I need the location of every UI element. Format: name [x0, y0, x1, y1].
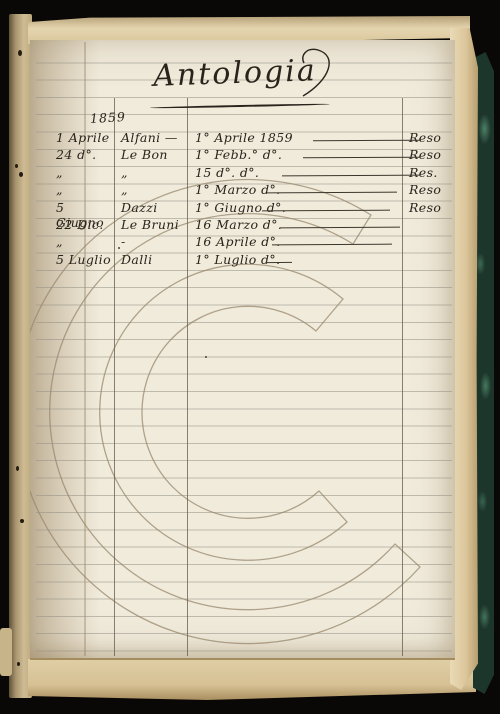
- row-loan-date: 22 Dic.: [56, 217, 112, 232]
- row-dash-line: [282, 174, 420, 176]
- ledger-row: 5 LuglioDalli1° Luglio d°.: [0, 252, 500, 269]
- ledger-row: 24 d°.Le Bon1° Febb.° d°.Reso: [0, 147, 500, 164]
- row-loan-date: 24 d°.: [56, 147, 112, 162]
- row-loan-date: „: [56, 182, 112, 197]
- row-note: Reso: [409, 200, 455, 215]
- row-borrower: Le Bruni: [121, 217, 185, 232]
- ledger-row: „-16 Aprile d°.: [0, 234, 500, 251]
- row-note: Reso: [409, 182, 455, 197]
- ledger-row: „„1° Marzo d°.Reso: [0, 182, 500, 199]
- binding-speck: [18, 50, 22, 56]
- row-loan-date: 5 Luglio: [56, 252, 112, 267]
- year-label: 1859: [90, 109, 127, 126]
- row-borrower: Dalli: [121, 252, 185, 267]
- row-return-date: 1° Febb.° d°.: [195, 147, 320, 162]
- row-loan-date: 1 Aprile: [56, 130, 112, 145]
- book-binding-edge: [9, 14, 32, 698]
- row-dash-line: [262, 209, 390, 211]
- binding-speck: [17, 662, 20, 666]
- ledger-row: 5 GiugnoDazzi1° Giugno d°.Reso: [0, 200, 500, 217]
- row-note: Reso: [409, 130, 455, 145]
- binding-speck: [16, 466, 19, 471]
- row-dash-line: [266, 262, 292, 263]
- row-note: Res.: [409, 165, 455, 180]
- page-speck: [118, 247, 120, 249]
- row-return-date: 16 Aprile d°.: [195, 234, 320, 249]
- page-speck: [205, 356, 207, 358]
- row-borrower: Alfani —: [121, 130, 185, 145]
- row-borrower: Le Bon: [121, 147, 185, 162]
- row-loan-date: „: [56, 234, 112, 249]
- row-borrower: Dazzi: [121, 200, 185, 215]
- row-dash-line: [280, 227, 400, 229]
- row-dash-line: [303, 157, 420, 159]
- row-note: Reso: [409, 147, 455, 162]
- row-loan-date: „: [56, 165, 112, 180]
- row-dash-line: [313, 140, 421, 142]
- row-return-date: 15 d°. d°.: [195, 165, 320, 180]
- page-corner-nub: [0, 628, 12, 676]
- ledger-row: 22 Dic.Le Bruni16 Marzo d°.: [0, 217, 500, 234]
- row-return-date: 16 Marzo d°.: [195, 217, 320, 232]
- row-return-date: 1° Giugno d°.: [195, 200, 320, 215]
- ledger-title: Antologia: [127, 52, 342, 94]
- row-borrower: -: [121, 234, 185, 249]
- binding-speck: [20, 519, 24, 523]
- book-photo: Antologia 1859 1 AprileAlfani —1° Aprile…: [0, 0, 500, 714]
- row-return-date: 1° Aprile 1859: [195, 130, 320, 145]
- row-return-date: 1° Marzo d°.: [195, 182, 320, 197]
- row-return-date: 1° Luglio d°.: [195, 252, 320, 267]
- ledger-row: 1 AprileAlfani —1° Aprile 1859Reso: [0, 130, 500, 147]
- ledger-row: „„15 d°. d°.Res.: [0, 165, 500, 182]
- row-borrower: „: [121, 165, 185, 180]
- row-borrower: „: [121, 182, 185, 197]
